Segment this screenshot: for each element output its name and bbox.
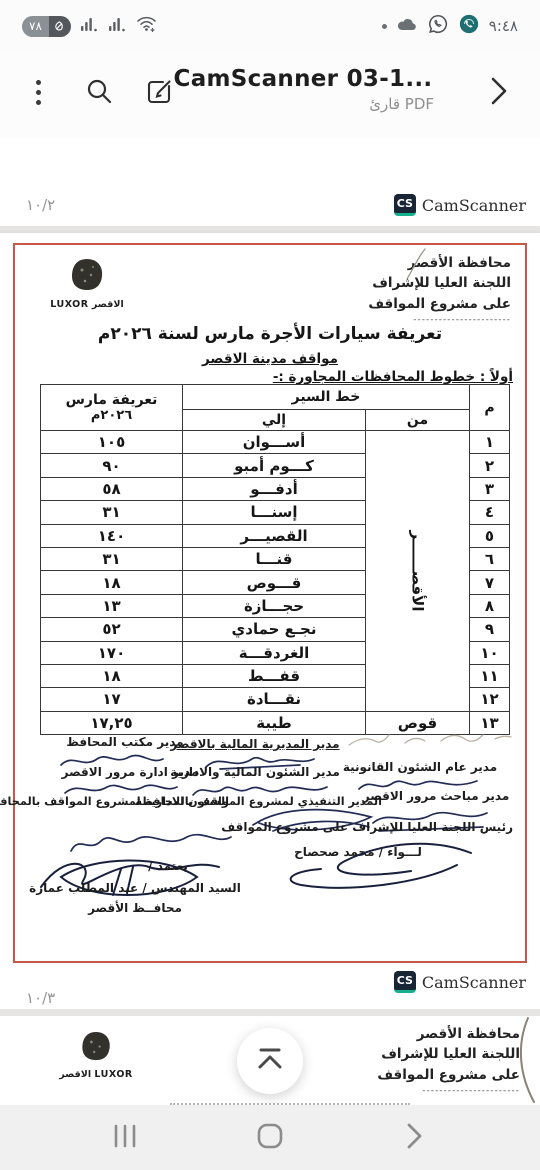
signal-bars-icon: [108, 17, 127, 36]
scroll-to-top-button[interactable]: [237, 1028, 303, 1094]
doc-title: تعريفة سيارات الأجرة مارس لسنة ٢٠٢٦م: [15, 324, 525, 344]
camscanner-badge-icon: CS: [394, 971, 416, 993]
from-merged-cell: الأقصــــــر: [366, 431, 470, 712]
phone-app-icon: [458, 13, 480, 39]
battery-percent: ٧٨: [22, 16, 49, 37]
fare-header-line1: تعريفة مارس: [41, 392, 182, 408]
camscanner-watermark-text: CamScanner: [422, 196, 526, 215]
document-subtitle: قارئ PDF: [172, 95, 434, 113]
search-button[interactable]: [82, 76, 116, 110]
scan-frame: الاقصر LUXOR محافظة الأقصر اللجنة العليا…: [13, 243, 527, 963]
luxor-logo: الاقصر LUXOR: [39, 257, 135, 310]
section-heading: أولاً : خطوط المحافظات المجاورة :-: [273, 369, 513, 385]
scanned-page: الاقصر LUXOR محافظة الأقصر اللجنة العليا…: [0, 233, 540, 1009]
status-right: ٩:٤٨: [382, 13, 518, 39]
clock-time: ٩:٤٨: [489, 17, 518, 35]
luxor-logo-caption: الاقصر LUXOR: [48, 1069, 144, 1080]
battery-indicator: ٧٨: [22, 16, 71, 37]
page-gap: [0, 1009, 540, 1016]
wifi-plus-icon: [136, 16, 158, 36]
governor-title: محافــظ الأقصر: [19, 901, 251, 915]
sig-title-finance-admin: مدير الشئون المالية والادارية: [150, 765, 360, 779]
col-header-from: من: [366, 410, 470, 431]
fare-table-wrap: م خط السير تعريفة مارس ٢٠٢٦م من إلي: [40, 384, 510, 735]
whatsapp-icon: [427, 13, 449, 39]
camscanner-watermark-text: CamScanner: [422, 973, 526, 992]
document-title-block[interactable]: CamScanner 03-1... قارئ PDF: [172, 66, 434, 113]
governor-name: السيد المهندس / عبد المطلب عمارة: [19, 881, 251, 895]
letterhead: محافظة الأقصر اللجنة العليا للإشراف على …: [368, 253, 511, 327]
luxor-logo-caption: الاقصر LUXOR: [39, 299, 135, 310]
pen-mark: [403, 247, 429, 285]
pencil-scribble: [345, 727, 515, 757]
page-gap: [0, 226, 540, 233]
page-number: ١٠/٣: [26, 989, 55, 1007]
camscanner-watermark: CS CamScanner: [394, 971, 526, 993]
cloud-icon: [396, 17, 418, 36]
letterhead-line: محافظة الأقصر: [368, 253, 511, 273]
recents-button[interactable]: [105, 1118, 145, 1158]
notification-dot: [382, 24, 387, 29]
col-header-to: إلي: [183, 410, 366, 431]
table-row: ١ الأقصــــــر أســـوان ١٠٥: [41, 431, 510, 454]
recents-icon: [112, 1124, 138, 1152]
edit-button[interactable]: [142, 76, 176, 110]
letterhead-line: اللجنة العليا للإشراف: [368, 273, 511, 293]
signature-committee-head: [261, 835, 481, 901]
doc-subtitle: مواقف مدينة الاقصر: [15, 351, 525, 367]
col-header-route: خط السير: [183, 385, 470, 410]
pdf-viewer[interactable]: ١٠/٢ CS CamScanner الاقصر LUXOR محافظة ا…: [0, 138, 540, 1105]
android-nav-bar: [0, 1105, 540, 1170]
scroll-to-top-icon: [256, 1046, 284, 1076]
luxor-logo: الاقصر LUXOR: [48, 1030, 144, 1080]
edit-icon: [145, 77, 173, 109]
previous-page-bottom: ١٠/٢ CS CamScanner: [0, 138, 540, 226]
page-number: ١٠/٢: [26, 196, 55, 214]
sig-title-traffic-investigations: مدير مباحث مرور الاقصر: [355, 789, 517, 803]
app-header: CamScanner 03-1... قارئ PDF: [0, 52, 540, 139]
camscanner-watermark: CS CamScanner: [394, 194, 526, 216]
sig-title-office-director: مدير مكتب المحافظ: [40, 735, 210, 749]
battery-saver-icon: [49, 16, 71, 37]
status-bar: ٧٨: [0, 0, 540, 52]
letterhead-line: على مشروع المواقف: [368, 294, 511, 314]
pen-mark: [498, 1016, 538, 1109]
camscanner-badge-icon: CS: [394, 194, 416, 216]
back-icon: [406, 1122, 424, 1154]
home-icon: [256, 1122, 284, 1154]
signatures-block: مدير المديرية المالية بالاقصر مدير مكتب …: [15, 723, 525, 959]
col-header-fare: تعريفة مارس ٢٠٢٦م: [41, 385, 183, 431]
sig-title-committee-head: رئيس اللجنة العليا للإشراف على مشروع الم…: [228, 820, 513, 834]
nav-back-button[interactable]: [395, 1118, 435, 1158]
phone-screen: ٧٨: [0, 0, 540, 1170]
search-icon: [85, 77, 113, 109]
fare-table: م خط السير تعريفة مارس ٢٠٢٦م من إلي: [40, 384, 510, 735]
approve-label: يعتمد /: [133, 859, 203, 873]
home-button[interactable]: [250, 1118, 290, 1158]
luxor-emblem-icon: [76, 1030, 116, 1063]
luxor-emblem-icon: [65, 257, 109, 293]
clipped-text-marks: [170, 1097, 410, 1105]
menu-kebab-icon[interactable]: [36, 80, 41, 105]
document-title: CamScanner 03-1...: [172, 66, 434, 92]
status-left: ٧٨: [22, 16, 158, 37]
back-button[interactable]: [482, 76, 516, 110]
signal-bars-icon: [80, 17, 99, 36]
col-header-num: م: [470, 385, 510, 431]
back-chevron-icon: [489, 75, 509, 111]
fare-header-line2: ٢٠٢٦م: [41, 408, 182, 423]
